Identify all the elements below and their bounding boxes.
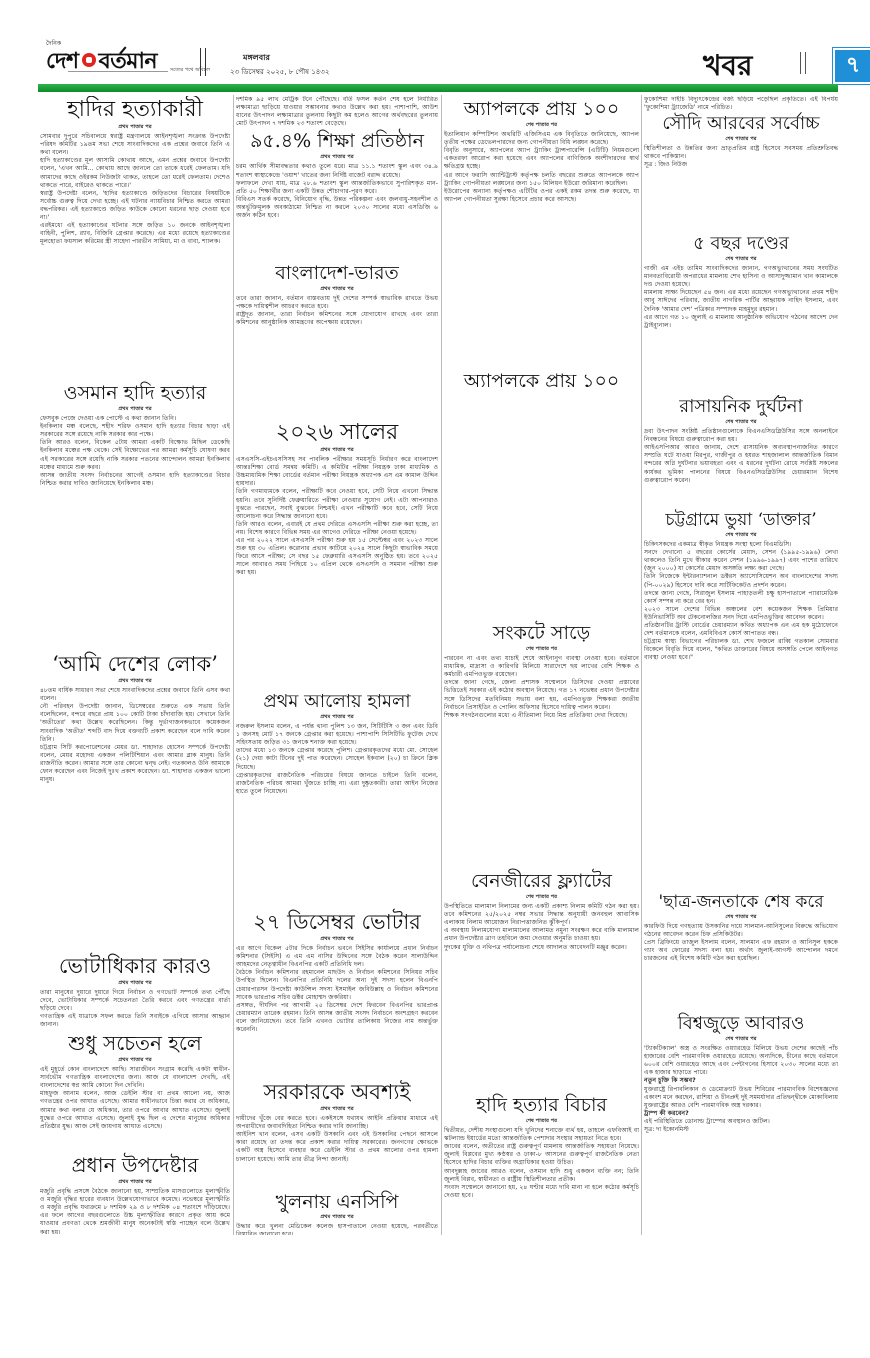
kicker: প্রথম পাতার পর <box>236 713 438 721</box>
paragraph: নৌ পরিবহন উপদেষ্টা জানান, ডিসেম্বরের শুর… <box>40 703 230 743</box>
issue-date: ২৩ ডিসেম্বর ২০২৫, ৮ পৌষ ১৪৩২ <box>230 66 329 78</box>
paragraph: বিবৃতি অনুসারে, অ্যাপলের অ্যাপ ট্র্যাকিং… <box>444 147 639 171</box>
paragraph: তিনি গণমাধ্যমকে বলেন, পরীক্ষাটি কবে নেওয… <box>236 488 438 520</box>
paragraph: চিকিৎসকদের একমাত্র স্বীকৃত নিয়ন্ত্রক সং… <box>644 541 838 549</box>
paragraph: ইউরোপের অন্যান্য কর্তৃপক্ষও এটিটির ওপর এ… <box>444 188 639 204</box>
paragraph: আইনিশ খান বলেন, এসব একটি উসকানি এবং এই উ… <box>236 1131 438 1163</box>
paragraph: ইতালিয়ান কম্পিটিশন অথরিটি এজিসিএম এক বি… <box>444 131 639 147</box>
paragraph: সনদে দেখানো ৫ বছরের কোর্সের মেয়াদ, সেশন… <box>644 549 838 573</box>
source-credit: সূত্র: দ্য ইকোনমিস্ট <box>644 1126 838 1134</box>
paragraph: ২০২৩ সালে দেশের বিভিন্ন অঞ্চলের বেশ কয়ে… <box>644 606 838 622</box>
kicker: শেষ পাতার পর <box>644 1035 838 1043</box>
paragraph: কারফিউ দিয়ে গণহত্যায় উসকানির দায়ে সাল… <box>644 923 838 939</box>
headline[interactable]: সৌদি আরবের সর্বোচ্চ <box>644 113 838 135</box>
paragraph: তদন্তে জানা গেছে, সিরাজুল ইসলাম পাহাড়তল… <box>644 590 838 606</box>
paragraph: তিনি আরও বলেন, এবারই যে প্রথম দেরিতে এসএ… <box>236 521 438 537</box>
paragraph: গাজী এম এইচ তামিম সাংবাদিকদের জানান, গণঅ… <box>644 265 838 289</box>
paragraph: গণতান্ত্রিক এই যাত্রাকে সফল করতে তিনি সব… <box>40 1013 230 1029</box>
paragraph: বৈঠকে নির্বাচন কমিশনার রহমানেল মাছউদ ও ন… <box>236 969 438 1001</box>
kicker: শেষ পাতার পর <box>644 418 838 426</box>
headline[interactable]: রাসায়নিক দুর্ঘটনা <box>644 396 838 418</box>
headline[interactable]: 'ছাত্র-জনতাকে শেষ করে <box>644 891 838 913</box>
paragraph: শিক্ষক সংগঠনগুলোর মধ্যে এ নীতিমালা নিয়ে… <box>444 712 639 720</box>
article-chemical-accident[interactable]: রাসায়নিক দুর্ঘটনা শেষ পাতার পর দ্রব্য উ… <box>644 395 838 505</box>
column-rule <box>233 95 234 1235</box>
headline[interactable]: ২০২৬ সালের <box>236 419 438 446</box>
weekday: মঙ্গলবার <box>243 52 270 65</box>
article-chief-adviser[interactable]: প্রধান উপদেষ্টার প্রথম পাতার পর মজুরি প্… <box>40 1152 230 1234</box>
paragraph: এই মুহূর্তে কোন বাংলাদেশে আছি। সারাজীবন … <box>40 1066 230 1090</box>
column-rule <box>441 95 442 1235</box>
kicker: প্রথম পাতার পর <box>236 153 438 161</box>
kicker: শেষ পাতার পর <box>444 893 639 901</box>
paragraph: এসএসসি-এইচএসসিসহ সব পাবলিক পরীক্ষার সময়… <box>236 456 438 488</box>
headline[interactable]: চট্টগ্রামে ভুয়া ‘ডাক্তার’ <box>644 509 838 531</box>
paragraph: গ্রেপ্তারকৃতদের রাজনৈতিক পরিচয়ের বিষয়ে… <box>236 772 438 796</box>
kicker: প্রথম পাতার পর <box>40 1178 230 1186</box>
headline[interactable]: ৯৫.৪% শিক্ষা প্রতিষ্ঠান <box>236 129 438 153</box>
paragraph: তদন্তে জানা গেছে, জেলা প্রশাসক সম্মেলনে … <box>444 679 639 711</box>
section-divider <box>800 52 806 74</box>
paragraph: তবে তারা জানান, বর্তমান বাস্তবতায় দুই দ… <box>236 295 438 311</box>
paragraph: আবদুল্লাহ জাবের আরও বলেন, ওসমান হাদি শুধ… <box>444 1168 639 1184</box>
paragraph: স্বরাষ্ট্র উপদেষ্টা বলেন, 'হাদির হত্যাকা… <box>40 190 230 222</box>
headline[interactable]: বিশ্বজুড়ে আবারও <box>644 1013 838 1035</box>
paragraph: এর আগে ফরাসি অ্যান্টিট্রাস্ট কর্তৃপক্ষ চ… <box>444 172 639 188</box>
paragraph: জাবের বলেন, অতীতের রাষ্ট্র গুরুত্বপূর্ণ … <box>444 1143 639 1167</box>
article-benazir-flat[interactable]: বেনজীরের ফ্ল্যাটের শেষ পাতার পর উপস্থিতি… <box>444 868 639 1088</box>
paragraph: এ অবস্থায় নিলামযোগ্য মালামালের আলামত নম… <box>444 927 639 943</box>
headline[interactable]: প্রথম আলোয় হামলা <box>236 691 438 713</box>
paragraph: মাহফুজ আনাম বলেন, আজ ডেইলি স্টার বা প্রথ… <box>40 1090 230 1130</box>
kicker: প্রথম পাতার পর <box>40 1056 230 1064</box>
headline[interactable]: সরকারকে অবশ্যই <box>236 1079 438 1105</box>
article-prothom-alo-attack[interactable]: প্রথম আলোয় হামলা প্রথম পাতার পর নজরুল ই… <box>236 690 438 905</box>
paragraph: এই পরিস্থিতিতে ডোনাল্ড ট্রাম্পের অবস্থান… <box>644 1118 838 1126</box>
article-worldwide-again[interactable]: বিশ্বজুড়ে আবারও শেষ পাতার পর 'ট্যাকটিক্… <box>644 1012 838 1234</box>
article-osman-hadi-murder[interactable]: ওসমান হাদি হত্যার প্রথম পাতার পর ফেসবুক … <box>40 380 230 560</box>
paragraph: দায়ীদের খুঁজে বের করতে হবে। একইসঙ্গে যথ… <box>236 1115 438 1131</box>
article-dec-27-voter[interactable]: ২৭ ডিসেম্বর ভোটার প্রথম পাতার পর এর আগে … <box>236 908 438 1073</box>
article-ami-desher-lok[interactable]: ‘আমি দেশের লোক’ প্রথম পাতার পর ৪৮তম বার্… <box>40 650 230 890</box>
article-khulna-ncp[interactable]: খুলনায় এনসিপি প্রথম পাতার পর উদ্ধার করে… <box>236 1190 438 1235</box>
paragraph: ৪৮তম বার্ষিক সাধারণ সভা শেষে সাংবাদিকদের… <box>40 687 230 703</box>
paragraph: উদ্ধার করে খুলনা মেডিকেল কলেজ হাসপাতালে … <box>236 1223 438 1235</box>
paragraph: চট্টগ্রাম স্বাস্থ্য বিভাগের পরিচালক ডা. … <box>644 638 838 662</box>
paragraph: প্রসঙ্গত, দীর্ঘদিন পর আগামী ২৫ ডিসেম্বর … <box>236 1002 438 1034</box>
article-hadi-killer[interactable]: হাদির হত্যাকারী প্রথম পাতার পর সোমবার দু… <box>40 96 230 279</box>
header-green-bar <box>38 84 838 92</box>
kicker: শেষ পাতার পর <box>644 531 838 539</box>
paragraph: সোমবার দুপুরে সচিবালয়ে স্বরাষ্ট্র মন্ত্… <box>40 133 230 157</box>
column-rule <box>641 95 642 1235</box>
kicker: শেষ পাতার পর <box>444 645 639 653</box>
headline[interactable]: শুধু সচেতন হলে <box>40 1031 230 1056</box>
article-chattogram-fake-doctor[interactable]: চট্টগ্রামে ভুয়া ‘ডাক্তার’ শেষ পাতার পর … <box>644 508 838 888</box>
kicker: শেষ পাতার পর <box>444 121 639 129</box>
headline[interactable]: প্রধান উপদেষ্টার <box>40 1153 230 1178</box>
paragraph: এর আগে গত ১০ জুলাই এ মামলায় আনুষ্ঠানিক … <box>644 314 838 330</box>
paragraph: রাষ্ট্রদূত জানান, তারা নির্বাচন কমিশনের … <box>236 311 438 327</box>
headline[interactable]: ‘আমি দেশের লোক’ <box>40 651 230 677</box>
article-saudi-highest[interactable]: ফুকোশিমা দাইচি বিদ্যুৎকেন্দ্রের বর্জ্য ছ… <box>644 96 838 231</box>
headline[interactable]: সংকটে সাড়ে <box>444 621 639 645</box>
headline[interactable]: ওসমান হাদি হত্যার <box>40 381 230 405</box>
tagline-rule <box>68 71 168 72</box>
newspaper-logo[interactable]: দেশবর্তমান <box>46 44 157 81</box>
paragraph: এরইমধ্যে এই হত্যাকাণ্ডের ঘটনার সঙ্গে জড়… <box>40 222 230 246</box>
headline[interactable]: খুলনায় এনসিপি <box>236 1191 438 1213</box>
kicker: প্রথম পাতার পর <box>40 979 230 987</box>
headline[interactable]: ভোটাধিকার কারও <box>40 953 230 979</box>
paragraph: এর আগে বিকেল ৫টার দিকে নির্বাচন ভবনে সিই… <box>236 945 438 969</box>
subheading: ট্রাম্প কী করবেন? <box>644 1110 838 1118</box>
headline[interactable]: ৫ বছর দণ্ডের <box>644 233 838 255</box>
headline[interactable]: হাদি হত্যার বিচার <box>444 1093 639 1117</box>
article-student-people[interactable]: 'ছাত্র-জনতাকে শেষ করে শেষ পাতার পর কারফি… <box>644 890 838 1010</box>
article-five-years[interactable]: ৫ বছর দণ্ডের শেষ পাতার পর গাজী এম এইচ তা… <box>644 232 838 392</box>
article-govt-must[interactable]: সরকারকে অবশ্যই প্রথম পাতার পর দায়ীদের খ… <box>236 1078 438 1188</box>
paragraph: চট্টগ্রাম সিটি করপোরেশনের মেয়র ডা. শাহা… <box>40 744 230 784</box>
paragraph: মজুরি প্রবৃদ্ধি প্রসঙ্গে বৈঠকে জানানো হয… <box>40 1188 230 1234</box>
paragraph: ফলাফলে দেখা যায়, মাত্র ২৮.৬ শতাংশ স্কুল… <box>236 180 438 196</box>
paragraph: প্রেস ব্রিফিংয়ে তাজুল ইসলাম বলেন, সালমা… <box>644 939 838 963</box>
paragraph: নজরুল ইসলাম বলেন, এ পর্যন্ত থানা পুলিশ ১… <box>236 723 438 747</box>
paragraph: বিবিএস সতর্ক করেছে, বিনিয়োগ বৃদ্ধি, উন্… <box>236 196 438 220</box>
article-year-2026[interactable]: ২০২৬ সালের প্রথম পাতার পর এসএসসি-এইচএসসি… <box>236 418 438 688</box>
paragraph: তারা মানুষের দুয়ারে দুয়ারে গিয়ে নির্ব… <box>40 989 230 1013</box>
article-hadi-murder-trial[interactable]: হাদি হত্যার বিচার শেষ পাতার পর দ্বিতীয়ত… <box>444 1092 639 1234</box>
kicker: প্রথম পাতার পর <box>40 405 230 413</box>
article-crisis-three-half[interactable]: সংকটে সাড়ে শেষ পাতার পর পারবেন না এবং ত… <box>444 620 639 860</box>
headline[interactable]: অ্যাপলকে প্রায় ১০০ <box>444 369 639 393</box>
kicker: শেষ পাতার পর <box>644 255 838 263</box>
paragraph: স্থিতিশীলতা ও উন্নতির জন্য ভ্রাতৃপ্রতিম … <box>644 145 838 161</box>
kicker: প্রথম পাতার পর <box>40 677 230 685</box>
kicker: প্রথম পাতার পর <box>236 1105 438 1113</box>
kicker: প্রথম পাতার পর <box>236 935 438 943</box>
paragraph: দুদকের যুক্তি ও নথিপত্র পর্যালোচনা শেষে … <box>444 944 639 952</box>
paragraph: আসন্ন জাতীয় সংসদ নির্বাচনের আগেই ওসমান … <box>40 472 230 488</box>
paragraph: তিনি আরও বলেন, বিকেল ৫টায় আমরা একটি বিক… <box>40 439 230 471</box>
paragraph: মামলায় সাক্ষ্য দিয়েছেন ৫৪ জন। এর মধ্যে… <box>644 289 838 313</box>
paragraph: ফেসবুক পেজে দেওয়া এক পোস্টে এ কথা জানান… <box>40 415 230 423</box>
paragraph: হাদি হত্যাকাণ্ডের মূল আসামি কোথায় আছে, … <box>40 157 230 189</box>
paragraph: দ্বিতীয়ত, দেশীয় সংস্থাগুলো যদি খুনিদের… <box>444 1127 639 1143</box>
paragraph: আইএসপিআর আরও জানায়, দেশে রাসায়নিক অব্য… <box>644 444 838 484</box>
article-apple-100[interactable]: অ্যাপলকে প্রায় ১০০ <box>444 368 639 618</box>
headline[interactable]: হাদির হত্যাকারী <box>40 97 230 123</box>
masthead-divider <box>200 48 206 76</box>
paragraph: উপস্থিতিতে মালামাল নিলামের জন্য একটি প্র… <box>444 903 639 927</box>
headline[interactable]: অ্যাপলকে প্রায় ১০০ <box>444 97 639 121</box>
kicker: শেষ পাতার পর <box>644 913 838 921</box>
paragraph: প্রতিষ্ঠানটির ট্রাস্টি বোর্ডের চেয়ারম্য… <box>644 622 838 638</box>
paragraph: সংবাদ সম্মেলনে জানানো হয়, ২৪ ঘণ্টার মধ্… <box>444 1184 639 1200</box>
kicker: প্রথম পাতার পর <box>236 446 438 454</box>
paragraph: পারবেন না এবং তথ্য যাচাই শেষে আইনানুগ ব্… <box>444 655 639 679</box>
kicker: প্রথম পাতার পর <box>40 123 230 131</box>
headline[interactable]: ২৭ ডিসেম্বর ভোটার <box>236 909 438 935</box>
paragraph: তাদের মধ্যে ১৩ জনকে গ্রেপ্তার করেছে পুলি… <box>236 747 438 771</box>
paragraph: তিনি নিজেকে ইন্টারন্যাশনাল ডক্টরস অ্যাসো… <box>644 573 838 589</box>
kicker: শেষ পাতার পর <box>444 1117 639 1125</box>
kicker: প্রথম পাতার পর <box>236 285 438 293</box>
bangladesh-map-logo-icon <box>82 53 96 67</box>
paragraph: এর পর ২০২২ সালে এসএসসি পরীক্ষা শুরু হয় … <box>236 537 438 577</box>
paragraph: দ্রব্য উৎপাদন সংশ্লিষ্ট প্রতিষ্ঠানগুলোকে… <box>644 428 838 444</box>
page-number-badge: ৭ <box>833 48 870 84</box>
headline[interactable]: বাংলাদেশ-ভারত <box>236 261 438 285</box>
source-credit: সূত্র : জিও নিউজ <box>644 161 838 169</box>
paragraph: যুক্তরাষ্ট্রে রিপাবলিকান ও ডেমোক্র্যাট উ… <box>644 1086 838 1110</box>
article-bangladesh-india[interactable]: বাংলাদেশ-ভারত প্রথম পাতার পর তবে তারা জা… <box>236 260 438 410</box>
article-only-aware[interactable]: শুধু সচেতন হলে প্রথম পাতার পর এই মুহূর্ত… <box>40 1030 230 1152</box>
kicker: প্রথম পাতার পর <box>236 1213 438 1221</box>
subheading: নতুন চুক্তি কি সম্ভব? <box>644 1077 838 1085</box>
paragraph: ইনকিলাব মঞ্চ বলেছে, শহীদ শরিফ ওসমান হাদি… <box>40 423 230 439</box>
masthead: দৈনিক দেশবর্তমান সত্যের পথে অবিচল মঙ্গলব… <box>38 38 838 78</box>
article-vote-right[interactable]: ভোটাধিকার কারও প্রথম পাতার পর তারা মানুষ… <box>40 952 230 1042</box>
paragraph: দশমিক ৯৫ লাখ মেট্রিক টনে পৌঁছেছে। বর্তি … <box>236 96 438 128</box>
kicker: শেষ পাতার পর <box>644 135 838 143</box>
paragraph: ফুকোশিমা দাইচি বিদ্যুৎকেন্দ্রের বর্জ্য ছ… <box>644 96 838 112</box>
paragraph: 'ট্যাকটিক্যাল' অস্ত্র ও সংরক্ষিত ওয়্যার… <box>644 1045 838 1077</box>
headline[interactable]: বেনজীরের ফ্ল্যাটের <box>444 869 639 893</box>
column-3-lead: অ্যাপলকে প্রায় ১০০ শেষ পাতার পর ইতালিয়… <box>444 96 639 366</box>
paragraph: চরম আর্থিক সীমাবদ্ধতার কথাও তুলে ধরে। মা… <box>236 163 438 179</box>
